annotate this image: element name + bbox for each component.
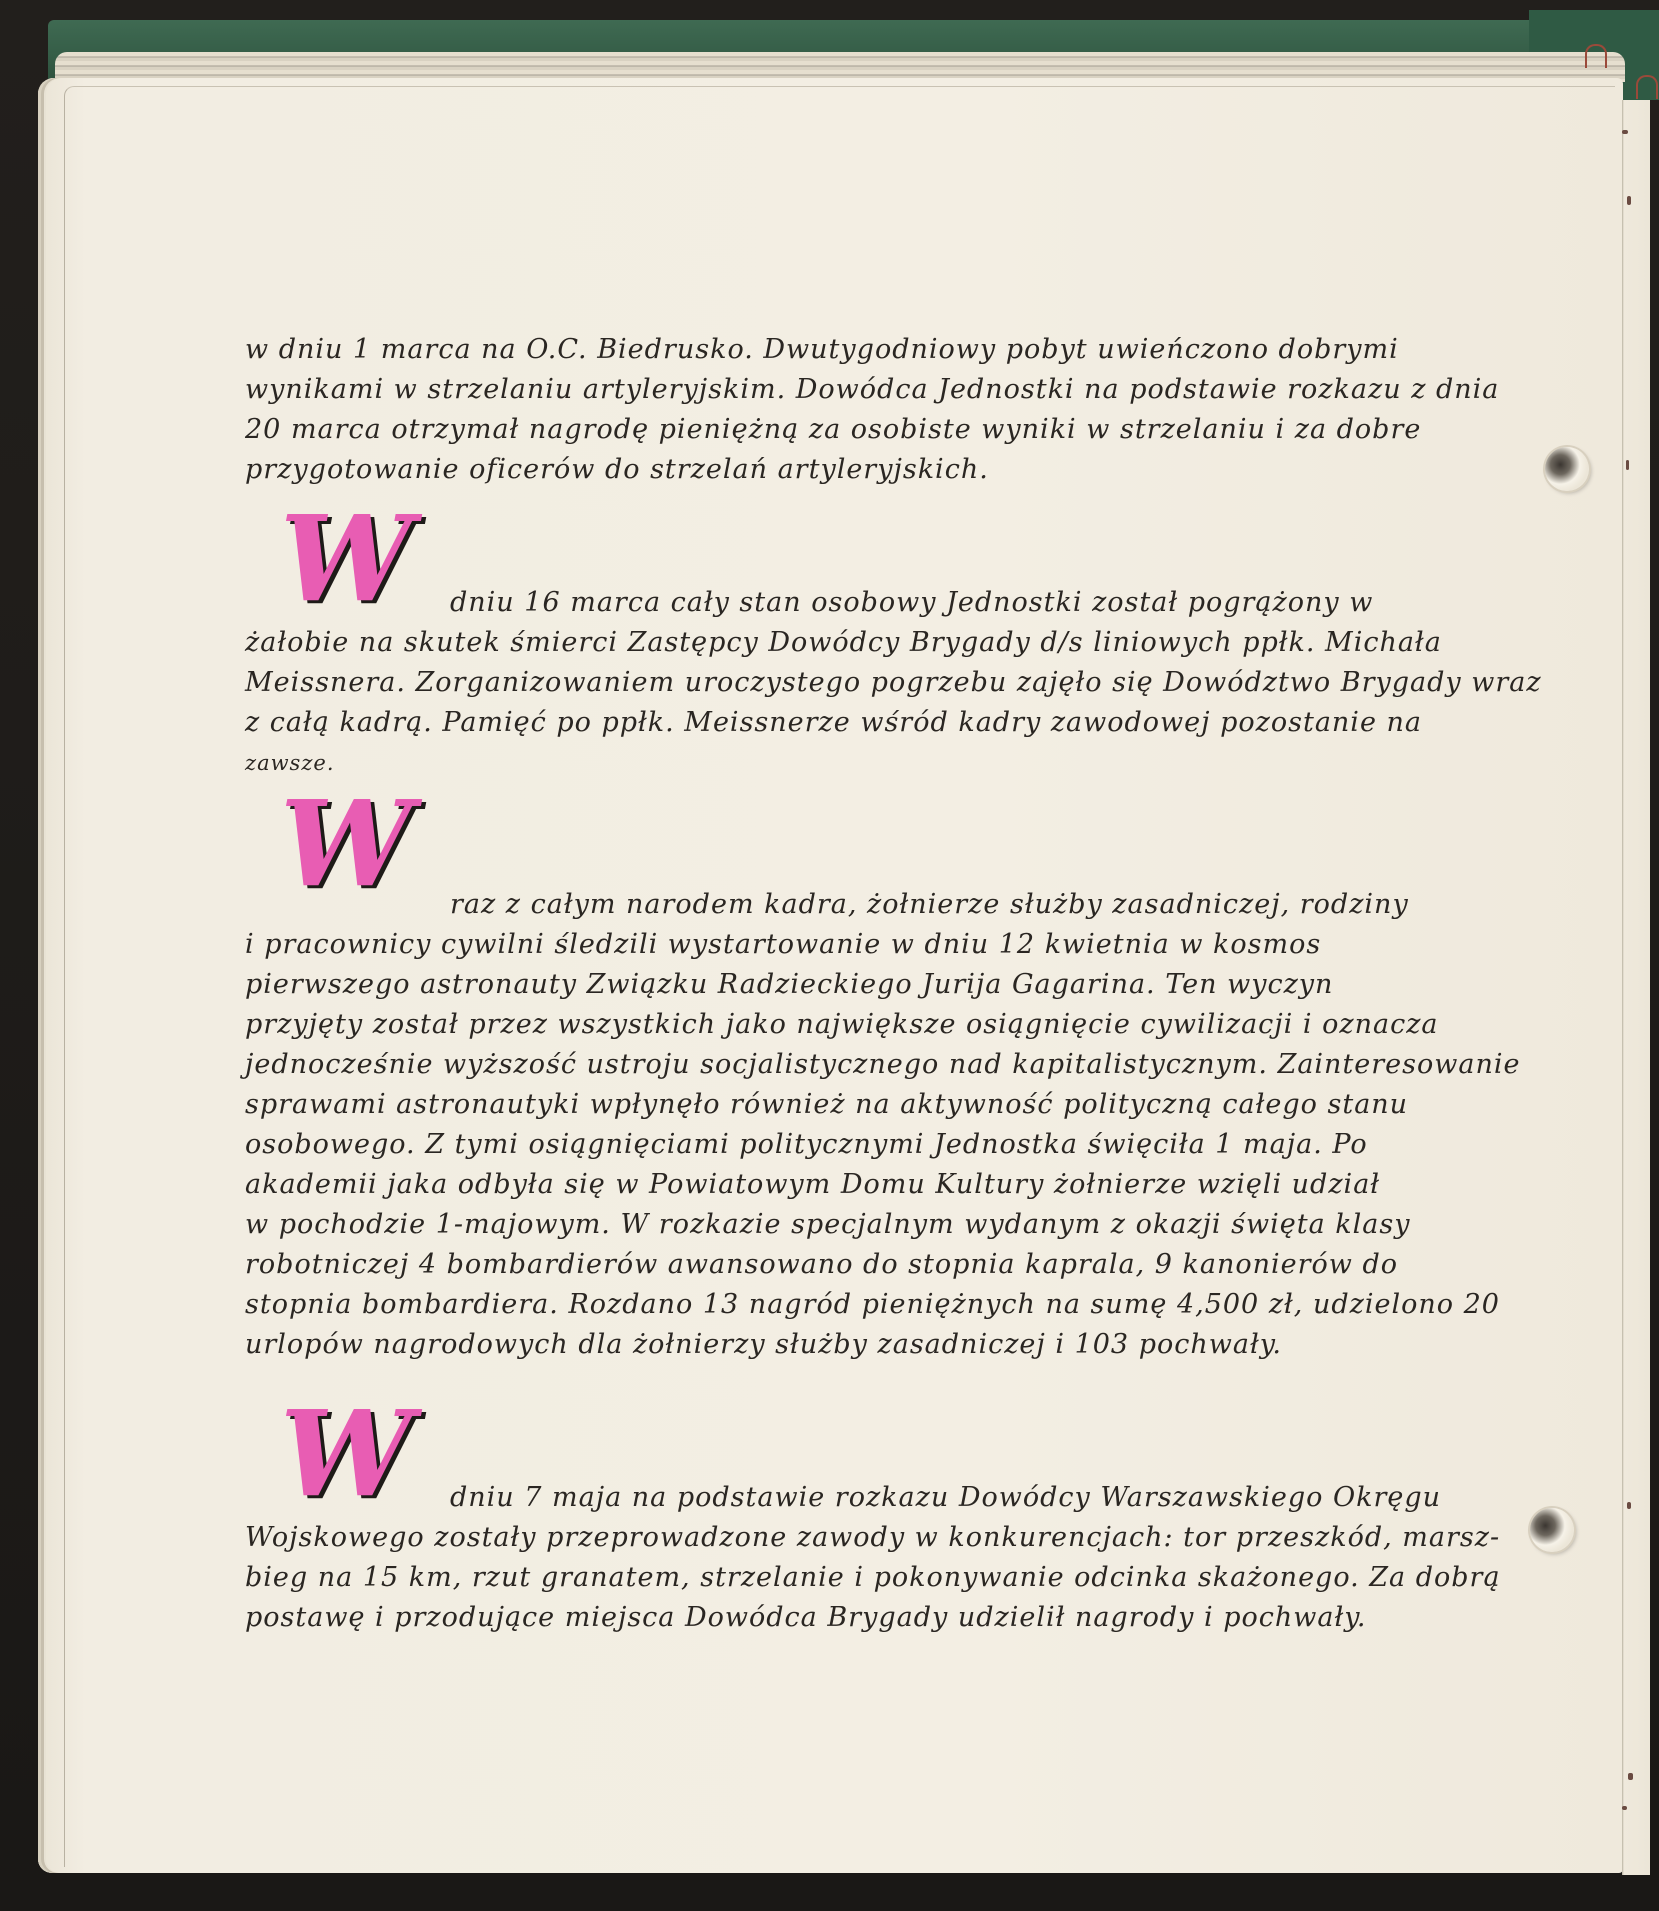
- text-line: raz z całym narodem kadra, żołnierze słu…: [245, 885, 1445, 925]
- text-line: pierwszego astronauty Związku Radzieckie…: [245, 965, 1445, 1005]
- paragraph-3: raz z całym narodem kadra, żołnierze słu…: [245, 885, 1445, 1365]
- paper-blemish: [1622, 130, 1628, 134]
- paragraph-4: dniu 7 maja na podstawie rozkazu Dowódcy…: [245, 1478, 1445, 1638]
- text-line: urlopów nagrodowych dla żołnierzy służby…: [245, 1325, 1445, 1365]
- text-line: w pochodzie 1-majowym. W rozkazie specja…: [245, 1205, 1445, 1245]
- text-line: osobowego. Z tymi osiągnięciami politycz…: [245, 1125, 1445, 1165]
- text-line: robotniczej 4 bombardierów awansowano do…: [245, 1245, 1445, 1285]
- paper-blemish: [1627, 1502, 1631, 1509]
- paper-blemish: [1628, 1773, 1633, 1780]
- paper-blemish: [1626, 460, 1629, 470]
- text-line: przyjęty został przez wszystkich jako na…: [245, 1005, 1445, 1045]
- binding-thread-icon: [1585, 44, 1607, 68]
- text-line: w dniu 1 marca na O.C. Biedrusko. Dwutyg…: [245, 330, 1445, 370]
- binding-thread-icon: [1636, 75, 1658, 99]
- text-line: dniu 16 marca cały stan osobowy Jednostk…: [245, 583, 1445, 623]
- paper-blemish: [1622, 1806, 1627, 1810]
- text-line: jednocześnie wyższość ustroju socjalisty…: [245, 1045, 1445, 1085]
- paper-blemish: [1627, 196, 1631, 205]
- text-line: 20 marca otrzymał nagrodę pieniężną za o…: [245, 410, 1445, 450]
- text-line: sprawami astronautyki wpłynęło również n…: [245, 1085, 1445, 1125]
- text-line: żałobie na skutek śmierci Zastępcy Dowód…: [245, 623, 1445, 663]
- text-line: z całą kadrą. Pamięć po ppłk. Meissnerze…: [245, 703, 1445, 743]
- paragraph-2: dniu 16 marca cały stan osobowy Jednostk…: [245, 583, 1445, 783]
- punch-hole-icon: [1530, 1508, 1574, 1552]
- text-line: stopnia bombardiera. Rozdano 13 nagród p…: [245, 1285, 1445, 1325]
- punch-hole-icon: [1545, 447, 1589, 491]
- text-line: zawsze.: [245, 743, 1445, 783]
- text-line: postawę i przodujące miejsca Dowódca Bry…: [245, 1598, 1445, 1638]
- paragraph-1: w dniu 1 marca na O.C. Biedrusko. Dwutyg…: [245, 330, 1445, 490]
- text-line: wynikami w strzelaniu artyleryjskim. Dow…: [245, 370, 1445, 410]
- text-line: przygotowanie oficerów do strzelań artyl…: [245, 450, 1445, 490]
- text-line: i pracownicy cywilni śledzili wystartowa…: [245, 925, 1445, 965]
- text-line: akademii jaka odbyła się w Powiatowym Do…: [245, 1165, 1445, 1205]
- text-line: bieg na 15 km, rzut granatem, strzelanie…: [245, 1558, 1445, 1598]
- text-line: dniu 7 maja na podstawie rozkazu Dowódcy…: [245, 1478, 1445, 1518]
- text-line: Wojskowego zostały przeprowadzone zawody…: [245, 1518, 1445, 1558]
- text-line: Meissnera. Zorganizowaniem uroczystego p…: [245, 663, 1445, 703]
- adjacent-page-edge: [1622, 100, 1650, 1875]
